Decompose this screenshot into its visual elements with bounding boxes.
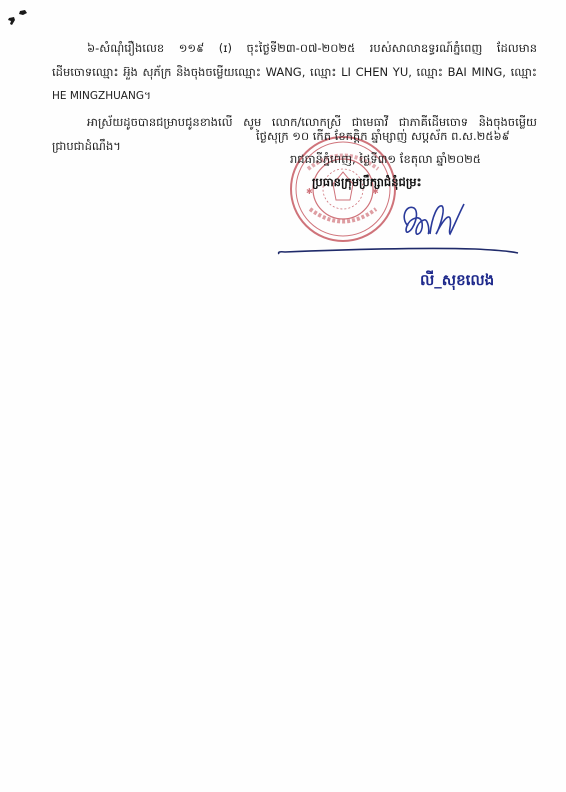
signer-name: លី_សុខលេង [420, 270, 494, 290]
signer-title: ប្រធានក្រុមប្រឹក្សាជំនុំជម្រះ [312, 174, 422, 190]
closing-line2: ជ្រាបជាដំណឹង។ [52, 138, 121, 154]
date-solar: រាជធានីភ្នំពេញ, ថ្ងៃទី៣១ ខែតុលា ឆ្នាំ២០២… [290, 151, 481, 167]
item6-line2: ដើមចោទឈ្មោះ អ៊ួង សុភ័ក្រ និងចុងចម្លើយឈ្ម… [52, 64, 537, 80]
signature-icon [398, 196, 468, 242]
date-lunar: ថ្ងៃសុក្រ ១០ កើត ខែកត្តិក ឆ្នាំម្សាញ់ សប… [256, 128, 510, 144]
item6-line1: ៦-សំណុំរឿងលេខ ១១៩ (ɪ) ចុះថ្ងៃទី២៣-០៧-២០២… [87, 40, 537, 56]
document-page: ៦-សំណុំរឿងលេខ ១១៩ (ɪ) ចុះថ្ងៃទី២៣-០៧-២០២… [0, 0, 566, 792]
scan-mark-icon [6, 8, 28, 28]
signature-underline [275, 244, 520, 258]
item6-line3: HE MINGZHUANG។ [52, 88, 151, 104]
